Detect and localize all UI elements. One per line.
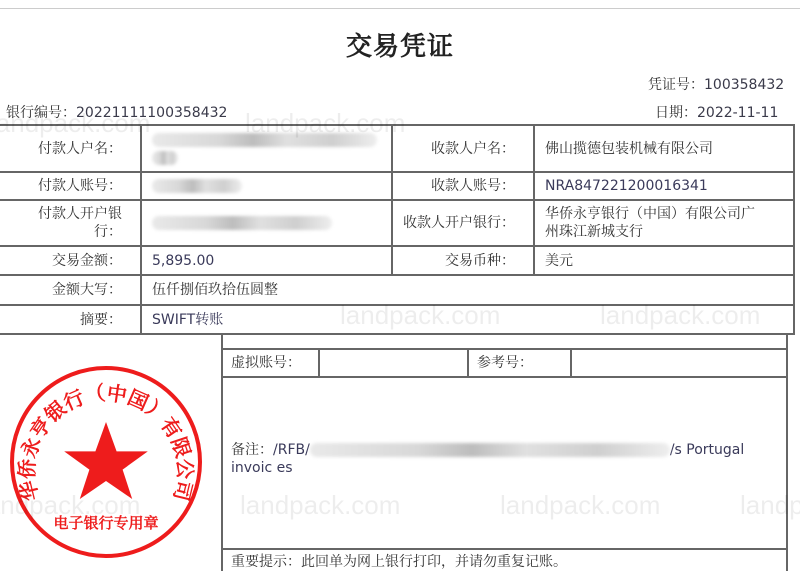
payee-name-label: 收款人户名： [393,126,533,171]
amount-value: 5,895.00 [142,247,391,274]
payer-bank-value [142,201,391,245]
remark-prefix: /RFB/ [273,442,310,458]
date-value: 2022-11-11 [697,105,778,121]
remark: 备注：/RFB//s Portugal invoic es [231,441,781,481]
amount-words-label: 金额大写： [0,276,140,304]
table-border [793,124,795,335]
redacted-text [310,443,670,457]
virtual-account-label: 虚拟账号： [223,350,318,376]
payee-account-value: NRA847221200016341 [535,173,793,199]
section-border [786,334,788,571]
row-divider [221,376,788,378]
row-divider [0,333,795,335]
watermark: landpack.com [500,490,660,521]
amount-label: 交易金额： [0,247,140,274]
payer-account-value [142,173,391,199]
remark-label: 备注： [231,442,273,458]
voucher-number-value: 100358432 [704,77,784,93]
redacted-text [152,133,377,147]
redacted-text [152,216,332,230]
payer-name-value [142,126,391,171]
voucher-number: 凭证号：100358432 [648,74,784,94]
amount-words-value: 伍仟捌佰玖拾伍圆整 [142,276,793,304]
payee-bank-label: 收款人开户银行： [393,201,533,245]
bank-number-label: 银行编号： [6,105,76,121]
summary-value: SWIFT转账 [142,306,793,333]
redacted-text [152,179,242,193]
bank-number: 银行编号：20221111100358432 [6,102,227,122]
remark-suffix: /s Portugal [670,442,744,458]
remark-line2: invoic es [231,459,781,477]
voucher-number-label: 凭证号： [648,77,704,93]
redacted-text [152,151,178,165]
payee-bank-line1: 华侨永亨银行（中国）有限公司广 [545,205,755,223]
payee-name-value: 佛山揽德包装机械有限公司 [535,126,793,171]
document-title: 交易凭证 [0,26,800,63]
virtual-account-value [320,350,467,376]
watermark: landpack.com [740,490,800,521]
reference-label: 参考号： [469,350,570,376]
date-label: 日期： [655,105,697,121]
payee-bank-line2: 州珠江新城支行 [545,223,643,241]
top-divider [0,8,800,9]
payer-account-label: 付款人账号： [0,173,140,199]
payee-account-label: 收款人账号： [393,173,533,199]
seal-bottom-text: 电子银行专用章 [53,514,158,532]
payer-bank-label-line2: 行： [94,223,122,241]
date: 日期：2022-11-11 [655,102,778,122]
payer-bank-label: 付款人开户银 行： [0,201,140,245]
payer-name-label: 付款人户名： [0,126,140,171]
star-icon [64,422,148,499]
important-notice: 重要提示：此回单为网上银行打印，并请勿重复记账。 [231,553,781,571]
row-divider [221,548,788,550]
currency-label: 交易币种： [393,247,533,274]
bank-number-value: 20221111100358432 [76,105,227,121]
payer-bank-label-line1: 付款人开户银 [38,205,122,223]
currency-value: 美元 [535,247,793,274]
bank-seal-stamp: 华侨永亨银行（中国）有限公司 电子银行专用章 [6,362,206,562]
watermark: landpack.com [240,490,400,521]
reference-value [572,350,786,376]
summary-label: 摘要： [0,306,140,333]
payee-bank-value: 华侨永亨银行（中国）有限公司广 州珠江新城支行 [535,201,793,245]
